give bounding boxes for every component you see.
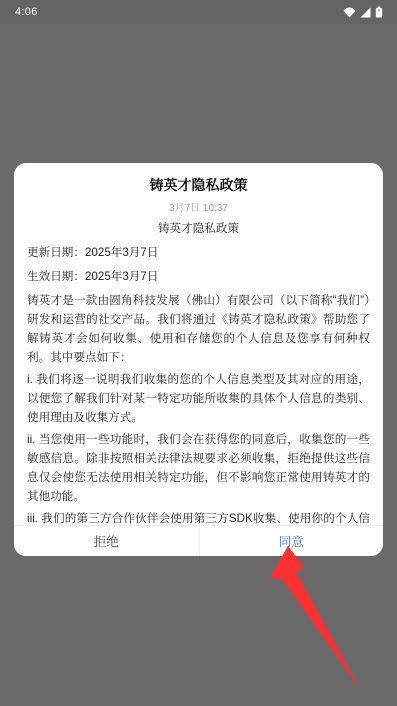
agree-button[interactable]: 同意: [199, 526, 384, 556]
cellular-signal-icon: [360, 7, 371, 18]
dialog-footer: 拒绝 同意: [14, 525, 383, 556]
policy-paragraph-intro: 铸英才是一款由圆角科技发展（佛山）有限公司（以下简称“我们”）研发和运营的社交产…: [27, 291, 370, 367]
status-bar: 4:06: [0, 0, 397, 24]
status-icons: [343, 6, 383, 18]
dialog-timestamp: 3月7日 10:37: [14, 199, 383, 214]
privacy-policy-dialog: 铸英才隐私政策 3月7日 10:37 铸英才隐私政策 更新日期：2025年3月7…: [14, 163, 383, 556]
screen: { "status_bar": { "time": "4:06", "icons…: [0, 0, 397, 706]
policy-doc-title: 铸英才隐私政策: [27, 219, 370, 238]
policy-scroll-area[interactable]: 铸英才隐私政策 更新日期：2025年3月7日 生效日期：2025年3月7日 铸英…: [14, 219, 383, 525]
policy-paragraph-iii: iii. 我们的第三方合作伙伴会使用第三方SDK收集、使用你的个人信息。除此之外…: [27, 509, 370, 525]
policy-paragraph-i: i. 我们将逐一说明我们收集的您的个人信息类型及其对应的用途，以便您了解我们针对…: [27, 370, 370, 427]
battery-icon: [375, 6, 383, 18]
policy-paragraph-ii: ii. 当您使用一些功能时，我们会在获得您的同意后，收集您的一些敏感信息。除非按…: [27, 430, 370, 506]
clock-text: 4:06: [15, 6, 38, 18]
reject-button[interactable]: 拒绝: [14, 526, 199, 556]
wifi-icon: [343, 7, 356, 18]
dialog-title: 铸英才隐私政策: [14, 175, 383, 195]
policy-update-date: 更新日期：2025年3月7日: [27, 243, 370, 262]
policy-effective-date: 生效日期：2025年3月7日: [27, 267, 370, 286]
